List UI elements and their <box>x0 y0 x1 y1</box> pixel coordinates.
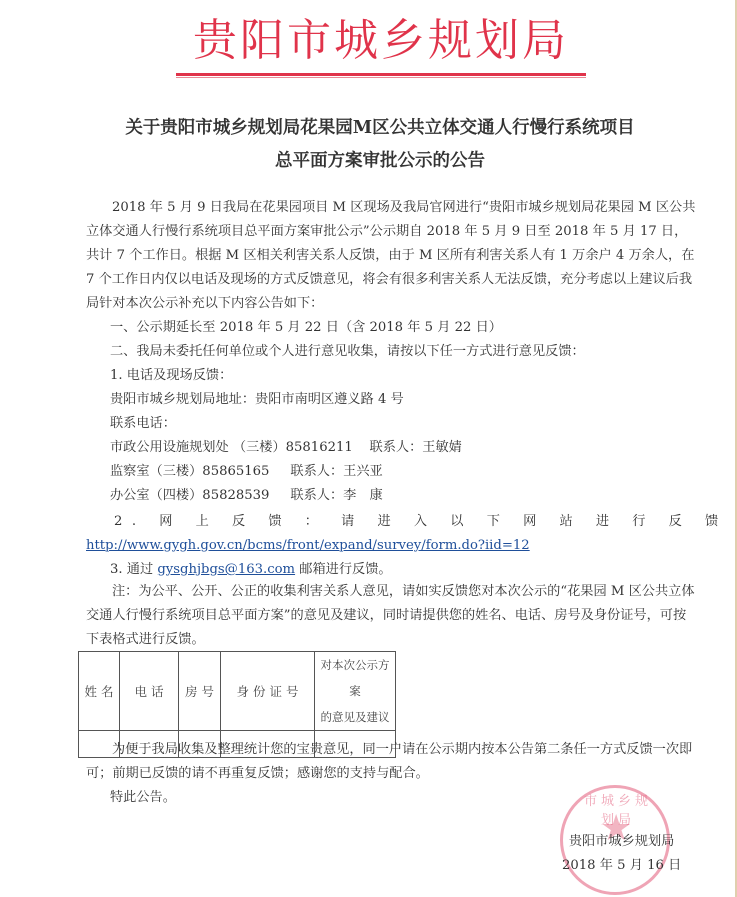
title-line-2: 总平面方案审批公示的公告 <box>100 145 660 178</box>
item-2: 二、我局未委托任何单位或个人进行意见收集，请按以下任一方式进行意见反馈： <box>110 340 585 364</box>
contact-row: 监察室（三楼）85865165 联系人：王兴亚 <box>110 460 383 484</box>
contact-person: 联系人：王敏婧 <box>370 440 462 455</box>
email-feedback: 3. 通过 gysghjbgs@163.com 邮箱进行反馈。 <box>110 558 392 582</box>
item-1: 一、公示期延长至 2018 年 5 月 22 日（含 2018 年 5 月 22… <box>110 316 502 340</box>
online-feedback-label: 2. 网 上 反 馈 ： 请 进 入 以 下 网 站 进 行 反 馈 ： <box>114 510 698 534</box>
contact-dept: 办公室（四楼）85828539 <box>110 488 269 503</box>
contact-row: 市政公用设施规划处 （三楼）85816211 联系人：王敏婧 <box>110 436 462 460</box>
survey-link[interactable]: http://www.gygh.gov.cn/bcms/front/expand… <box>86 538 530 553</box>
signature-org: 贵阳市城乡规划局 <box>562 830 681 854</box>
closing-special: 特此公告。 <box>110 786 176 810</box>
header-id-number: 身 份 证 号 <box>221 652 315 731</box>
contact-row: 办公室（四楼）85828539 联系人：李 康 <box>110 484 383 508</box>
signature-date: 2018 年 5 月 16 日 <box>562 854 681 878</box>
signature-block: 贵阳市城乡规划局 2018 年 5 月 16 日 <box>562 830 681 878</box>
closing-paragraph: 为便于我局收集及整理统计您的宝贵意见，同一户请在公示期内按本公告第二条任一方式反… <box>86 738 698 786</box>
title-line-1: 关于贵阳市城乡规划局花果园M区公共立体交通人行慢行系统项目 <box>100 112 660 145</box>
method-1-title: 1. 电话及现场反馈： <box>110 364 232 388</box>
address: 贵阳市城乡规划局地址：贵阳市南明区遵义路 4 号 <box>110 388 404 412</box>
letterhead-rule <box>176 73 586 76</box>
email-prefix: 3. 通过 <box>110 562 157 577</box>
letterhead-org-name: 贵阳市城乡规划局 <box>176 12 586 70</box>
contact-label: 联系电话： <box>110 412 176 436</box>
contact-person: 联系人：王兴亚 <box>290 464 382 479</box>
header-opinion-line-2: 的意见及建议 <box>315 704 395 730</box>
online-feedback-url[interactable]: http://www.gygh.gov.cn/bcms/front/expand… <box>86 534 530 558</box>
table-header-row: 姓 名 电 话 房 号 身 份 证 号 对本次公示方案 的意见及建议 <box>79 652 396 731</box>
letterhead-rule-thin <box>176 77 586 78</box>
contact-person: 联系人：李 康 <box>290 488 382 503</box>
note-paragraph: 注：为公平、公开、公正的收集利害关系人意见，请如实反馈您对本次公示的“花果园 M… <box>86 580 698 652</box>
email-suffix: 邮箱进行反馈。 <box>295 562 392 577</box>
header-room: 房 号 <box>179 652 221 731</box>
header-opinion-line-1: 对本次公示方案 <box>315 652 395 704</box>
email-link[interactable]: gysghjbgs@163.com <box>157 562 295 577</box>
document-title: 关于贵阳市城乡规划局花果园M区公共立体交通人行慢行系统项目 总平面方案审批公示的… <box>100 112 660 178</box>
header-opinion: 对本次公示方案 的意见及建议 <box>315 652 396 731</box>
contact-dept: 监察室（三楼）85865165 <box>110 464 269 479</box>
header-name: 姓 名 <box>79 652 120 731</box>
contact-dept: 市政公用设施规划处 （三楼）85816211 <box>110 440 353 455</box>
intro-paragraph: 2018 年 5 月 9 日我局在花果园项目 M 区现场及我局官网进行“贵阳市城… <box>86 196 698 316</box>
header-phone: 电 话 <box>120 652 179 731</box>
